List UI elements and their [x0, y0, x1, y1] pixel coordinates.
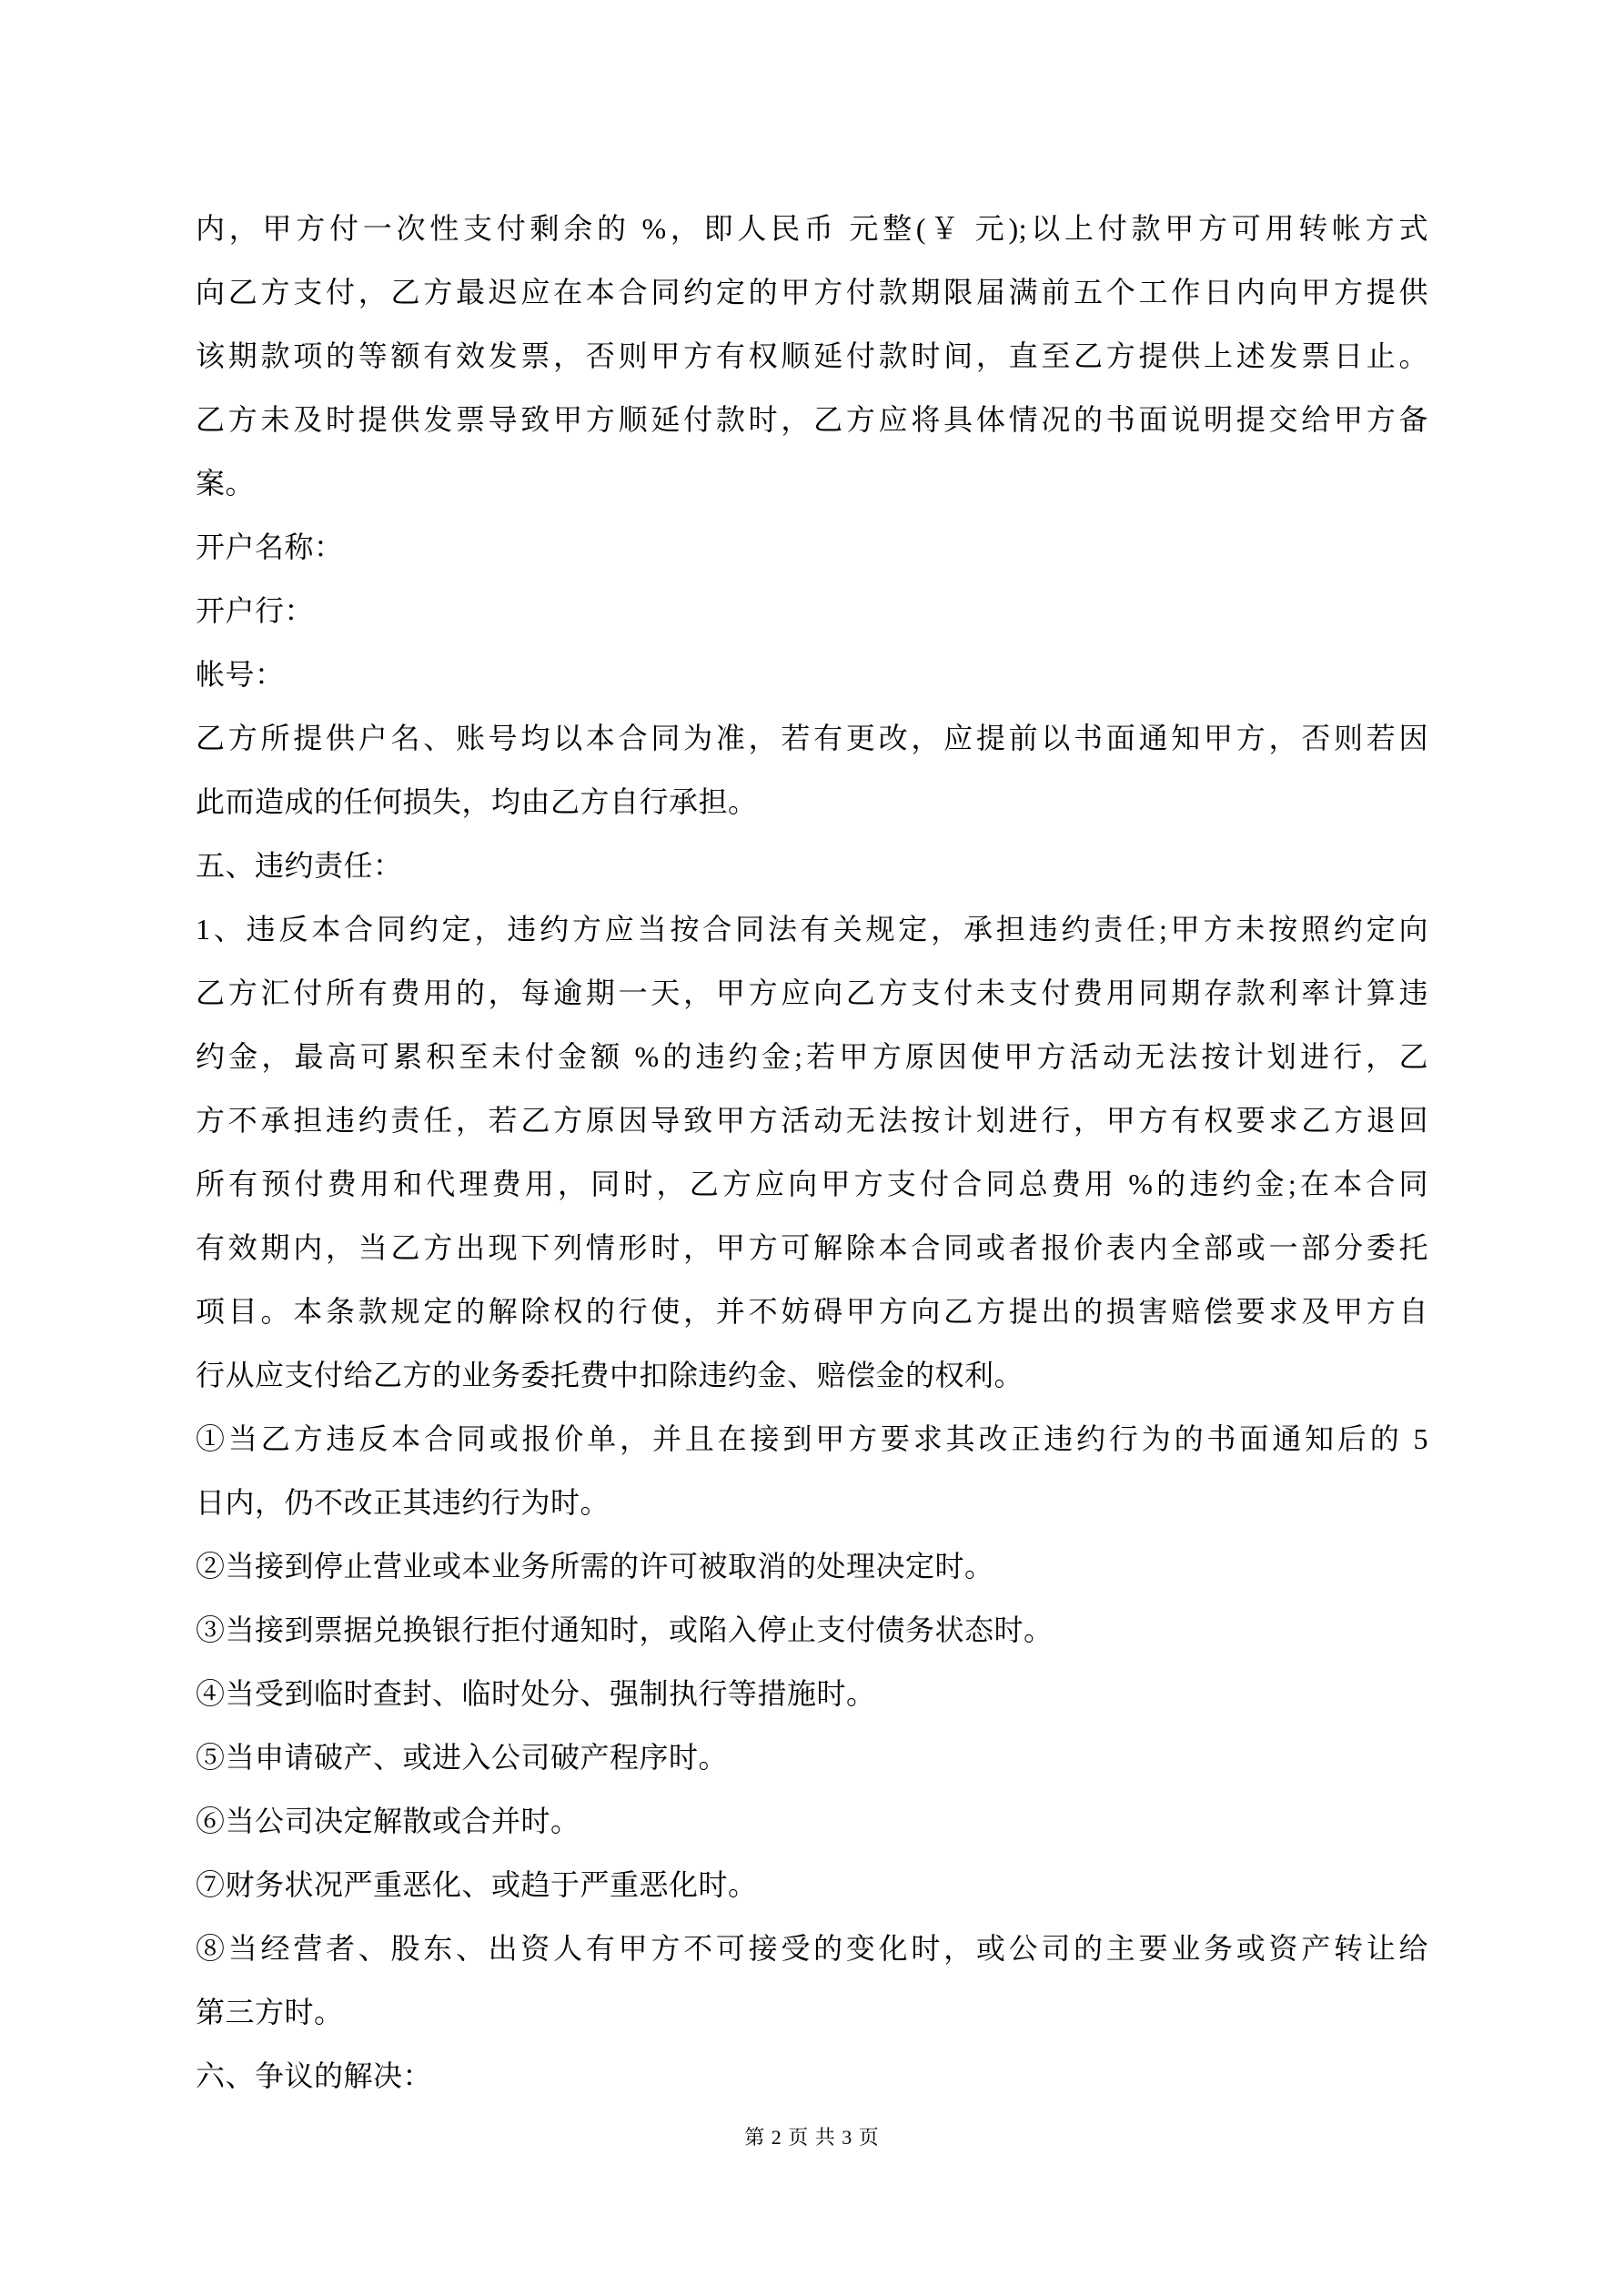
contract-text-line: 内，甲方付一次性支付剩余的 %，即人民币 元整(￥ 元);以上付款甲方可用转帐方… — [196, 197, 1428, 260]
contract-text-line: 向乙方支付，乙方最迟应在本合同约定的甲方付款期限届满前五个工作日内向甲方提供 — [196, 260, 1428, 324]
contract-text-line: 乙方未及时提供发票导致甲方顺延付款时，乙方应将具体情况的书面说明提交给甲方备 — [196, 388, 1428, 451]
contract-text-line: 日内，仍不改正其违约行为时。 — [196, 1471, 1428, 1534]
contract-text-line: 方不承担违约责任，若乙方原因导致甲方活动无法按计划进行，甲方有权要求乙方退回 — [196, 1088, 1428, 1152]
contract-text-line: 乙方汇付所有费用的，每逾期一天，甲方应向乙方支付未支付费用同期存款利率计算违 — [196, 961, 1428, 1025]
contract-text-line: 帐号： — [196, 642, 1428, 706]
contract-text-line: ⑦财务状况严重恶化、或趋于严重恶化时。 — [196, 1853, 1428, 1917]
contract-text-line: ⑥当公司决定解散或合并时。 — [196, 1789, 1428, 1853]
contract-text-line: 六、争议的解决： — [196, 2044, 1428, 2108]
contract-text-line: 行从应支付给乙方的业务委托费中扣除违约金、赔偿金的权利。 — [196, 1343, 1428, 1407]
contract-text-line: 开户行： — [196, 579, 1428, 642]
contract-text-line: 乙方所提供户名、账号均以本合同为准，若有更改，应提前以书面通知甲方，否则若因 — [196, 706, 1428, 770]
contract-text-line: 五、违约责任： — [196, 834, 1428, 897]
contract-text-line: 1、违反本合同约定，违约方应当按合同法有关规定，承担违约责任;甲方未按照约定向 — [196, 897, 1428, 961]
contract-text-line: 约金，最高可累积至未付金额 %的违约金;若甲方原因使甲方活动无法按计划进行，乙 — [196, 1025, 1428, 1088]
contract-text-line: ⑧当经营者、股东、出资人有甲方不可接受的变化时，或公司的主要业务或资产转让给 — [196, 1917, 1428, 1980]
contract-text-line: ①当乙方违反本合同或报价单，并且在接到甲方要求其改正违约行为的书面通知后的 5 — [196, 1407, 1428, 1471]
contract-text-line: ④当受到临时查封、临时处分、强制执行等措施时。 — [196, 1662, 1428, 1725]
contract-body: 内，甲方付一次性支付剩余的 %，即人民币 元整(￥ 元);以上付款甲方可用转帐方… — [196, 197, 1428, 2108]
contract-page: 内，甲方付一次性支付剩余的 %，即人民币 元整(￥ 元);以上付款甲方可用转帐方… — [0, 0, 1624, 2296]
contract-text-line: 有效期内，当乙方出现下列情形时，甲方可解除本合同或者报价表内全部或一部分委托 — [196, 1216, 1428, 1279]
contract-text-line: ③当接到票据兑换银行拒付通知时，或陷入停止支付债务状态时。 — [196, 1598, 1428, 1662]
contract-text-line: 该期款项的等额有效发票，否则甲方有权顺延付款时间，直至乙方提供上述发票日止。 — [196, 324, 1428, 388]
contract-text-line: 此而造成的任何损失，均由乙方自行承担。 — [196, 770, 1428, 834]
contract-text-line: 开户名称： — [196, 515, 1428, 579]
contract-text-line: ⑤当申请破产、或进入公司破产程序时。 — [196, 1725, 1428, 1789]
contract-text-line: 所有预付费用和代理费用，同时，乙方应向甲方支付合同总费用 %的违约金;在本合同 — [196, 1152, 1428, 1216]
contract-text-line: 案。 — [196, 451, 1428, 515]
contract-text-line: ②当接到停止营业或本业务所需的许可被取消的处理决定时。 — [196, 1534, 1428, 1598]
contract-text-line: 项目。本条款规定的解除权的行使，并不妨碍甲方向乙方提出的损害赔偿要求及甲方自 — [196, 1279, 1428, 1343]
contract-text-line: 第三方时。 — [196, 1980, 1428, 2044]
page-number-footer: 第 2 页 共 3 页 — [0, 2122, 1624, 2153]
